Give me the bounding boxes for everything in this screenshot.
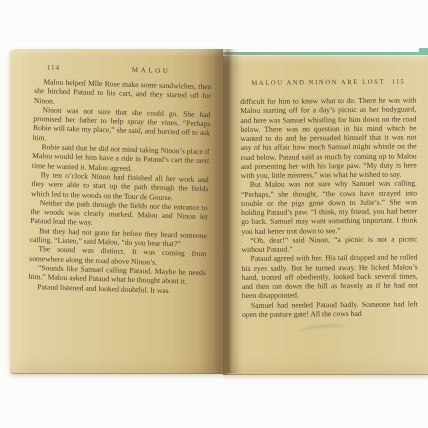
- paragraph: But Malou was not sure why Samuel was ca…: [241, 179, 417, 236]
- right-body-text: difficult for him to know what to do. Th…: [240, 95, 418, 319]
- book-spread: 114 MALOU Malou helped Mlle Rose make so…: [10, 47, 428, 377]
- paragraph: Pataud agreed with her. His tail dropped…: [242, 253, 418, 301]
- left-running-title: MALOU: [132, 66, 171, 75]
- paragraph: difficult for him to know what to do. Th…: [240, 95, 417, 180]
- right-page-number: 115: [392, 79, 405, 86]
- paragraph: Ninon was not sure that she could go. Sh…: [33, 105, 211, 147]
- left-page-content: 114 MALOU Malou helped Mlle Rose make so…: [28, 63, 212, 296]
- photo-background: 114 MALOU Malou helped Mlle Rose make so…: [0, 0, 428, 428]
- right-running-head: MALOU AND NINON ARE LOST 115: [240, 78, 416, 90]
- right-page-content: MALOU AND NINON ARE LOST 115 difficult f…: [240, 78, 418, 319]
- right-page: MALOU AND NINON ARE LOST 115 difficult f…: [223, 55, 428, 375]
- paragraph: Samuel had needed Pataud badly. Someone …: [242, 299, 418, 319]
- paragraph: “Oh, dear!” said Ninon, “a picnic is not…: [241, 234, 417, 254]
- right-running-title: MALOU AND NINON ARE LOST: [251, 79, 385, 87]
- left-page-number: 114: [47, 63, 60, 71]
- left-page: 114 MALOU Malou helped Mlle Rose make so…: [10, 49, 223, 374]
- left-running-head: 114 MALOU: [35, 63, 212, 78]
- pencil-smudge: [300, 323, 347, 338]
- left-body-text: Malou helped Mlle Rose make some sandwic…: [28, 77, 211, 296]
